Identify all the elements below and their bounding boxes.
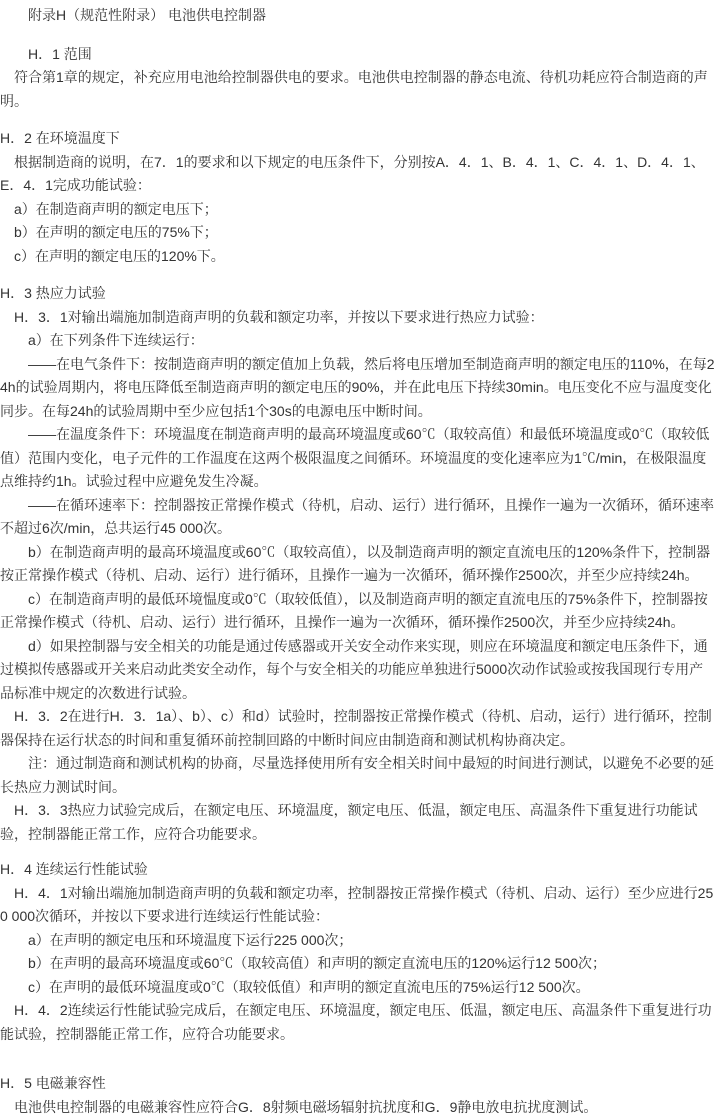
heading-h5: H．5 电磁兼容性 <box>0 1072 717 1096</box>
h3-dash-electrical: ——在电气条件下：按制造商声明的额定值加上负载，然后将电压增加至制造商声明的额定… <box>0 353 717 424</box>
h4-item-a: a）在声明的额定电压和环境温度下运行225 000次； <box>0 929 717 953</box>
h2-item-a: a）在制造商声明的额定电压下； <box>0 198 717 222</box>
h4-item-b: b）在声明的最高环境温度或60℃（取较高值）和声明的额定直流电压的120%运行1… <box>0 952 717 976</box>
h4-item-c: c）在声明的最低环境温度或0℃（取较低值）和声明的额定直流电压的75%运行12 … <box>0 976 717 1000</box>
heading-h2: H．2 在环境温度下 <box>0 127 717 151</box>
appendix-title: 附录H（规范性附录） 电池供电控制器 <box>0 4 717 28</box>
para-h3-2: H．3．2在进行H．3．1a）、b）、c）和d）试验时，控制器按正常操作模式（待… <box>0 705 717 752</box>
h3-dash-temperature: ——在温度条件下：环境温度在制造商声明的最高环境温度或60℃（取较高值）和最低环… <box>0 423 717 494</box>
para-h4-2: H．4．2连续运行性能试验完成后，在额定电压、环境温度，额定电压、低温，额定电压… <box>0 999 717 1046</box>
heading-h1: H．1 范围 <box>0 43 717 67</box>
h3-item-d: d）如果控制器与安全相关的功能是通过传感器或开关安全动作来实现，则应在环境温度和… <box>0 635 717 706</box>
h3-item-b: b）在制造商声明的最高环境温度或60℃（取较高值），以及制造商声明的额定直流电压… <box>0 541 717 588</box>
para-h4-1: H．4．1对输出端施加制造商声明的负载和额定功率，控制器按正常操作模式（待机、启… <box>0 882 717 929</box>
para-h3-1: H．3．1对输出端施加制造商声明的负载和额定功率，并按以下要求进行热应力试验： <box>0 306 717 330</box>
h3-item-c: c）在制造商声明的最低环境愠度或0℃（取较低值），以及制造商声明的额定直流电压的… <box>0 588 717 635</box>
para-h3-3: H．3．3热应力试验完成后，在额定电压、环境温度，额定电压、低温，额定电压、高温… <box>0 799 717 846</box>
para-h2-intro: 根据制造商的说明，在7．1的要求和以下规定的电压条件下，分别按A．4．1、B．4… <box>0 151 717 198</box>
heading-h4: H．4 连续运行性能试验 <box>0 858 717 882</box>
para-h3-note: 注：通过制造商和测试机构的协商，尽量选择使用所有安全相关时间中最短的时间进行测试… <box>0 752 717 799</box>
h3-item-a: a）在下列条件下连续运行： <box>0 329 717 353</box>
para-h5-emc: 电池供电控制器的电磁兼容性应符合G．8射频电磁场辐射抗扰度和G．9静电放电抗扰度… <box>0 1096 717 1120</box>
para-h1-scope: 符合第1章的规定，补充应用电池给控制器供电的要求。电池供电控制器的静态电流、待机… <box>0 66 717 113</box>
h2-item-c: c）在声明的额定电压的120%下。 <box>0 245 717 269</box>
h2-item-b: b）在声明的额定电压的75%下； <box>0 221 717 245</box>
document-page: 附录H（规范性附录） 电池供电控制器 H．1 范围 符合第1章的规定，补充应用电… <box>0 0 717 1120</box>
h3-dash-cycle-rate: ——在循环速率下：控制器按正常操作模式（待机，启动、运行）进行循环，且操作一遍为… <box>0 494 717 541</box>
heading-h3: H．3 热应力试验 <box>0 282 717 306</box>
